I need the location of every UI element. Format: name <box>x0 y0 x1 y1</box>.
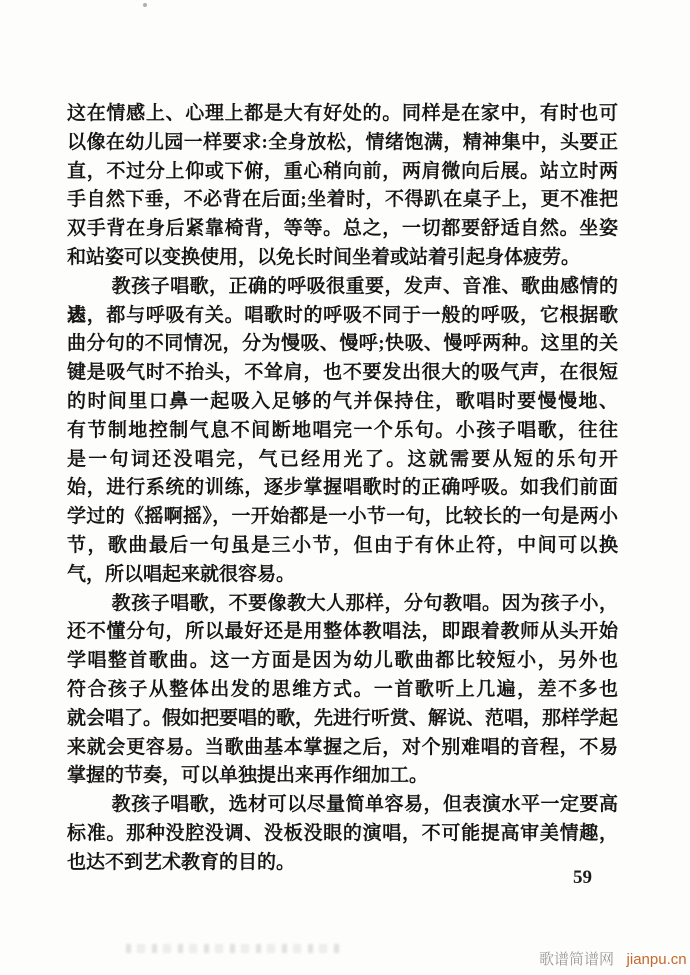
bleed-through-smudge <box>126 944 344 953</box>
text-line: 气，所以唱起来就很容易。 <box>67 561 618 590</box>
text-line: 来就会更容易。当歌曲基本掌握之后，对个别难唱的音程，不易 <box>67 734 618 763</box>
text-line: 就会唱了。假如把要唱的歌，先进行听赏、解说、范唱，那样学起 <box>67 705 618 734</box>
text-line: 双手背在身后紧靠椅背，等等。总之，一切都要舒适自然。坐姿 <box>67 215 618 244</box>
body-text: 这在情感上、心理上都是大有好处的。同样是在家中，有时也可 以像在幼儿园一样要求:… <box>67 100 618 878</box>
text-line: 符合孩子从整体出发的思维方式。一首歌听上几遍，差不多也 <box>67 676 618 705</box>
page-number: 59 <box>573 867 592 889</box>
text-line: 有节制地控制气息不间断地唱完一个乐句。小孩子唱歌，往往 <box>67 417 618 446</box>
text-line: 标准。那种没腔没调、没板没眼的演唱，不可能提高审美情趣， <box>67 820 618 849</box>
text-line: 始，进行系统的训练，逐步掌握唱歌时的正确呼吸。如我们前面 <box>67 474 618 503</box>
text-line: 以像在幼儿园一样要求:全身放松，情绪饱满，精神集中，头要正 <box>67 129 618 158</box>
text-line: 直，不过分上仰或下俯，重心稍向前，两肩微向后展。站立时两 <box>67 158 618 187</box>
text-line: 达，都与呼吸有关。唱歌时的呼吸不同于一般的呼吸，它根据歌 <box>67 302 618 331</box>
text-line: 教孩子唱歌，不要像教大人那样，分句教唱。因为孩子小， <box>67 590 618 619</box>
text-line: 曲分句的不同情况，分为慢吸、慢呼;快吸、慢呼两种。这里的关 <box>67 330 618 359</box>
text-line: 学唱整首歌曲。这一方面是因为幼儿歌曲都比较短小，另外也 <box>67 647 618 676</box>
watermark: 歌谱简谱网 jianpu.cn <box>539 948 687 969</box>
text-line: 还不懂分句，所以最好还是用整体教唱法，即跟着教师从头开始 <box>67 618 618 647</box>
watermark-space <box>618 951 622 968</box>
text-line: 节，歌曲最后一句虽是三小节，但由于有休止符，中间可以换 <box>67 532 618 561</box>
text-line: 和站姿可以变换使用，以免长时间坐着或站着引起身体疲劳。 <box>67 244 618 273</box>
text-line: 手自然下垂，不必背在后面;坐着时，不得趴在桌子上，更不准把 <box>67 186 618 215</box>
text-line: 这在情感上、心理上都是大有好处的。同样是在家中，有时也可 <box>67 100 618 129</box>
text-line: 键是吸气时不抬头，不耸肩，也不要发出很大的吸气声，在很短 <box>67 359 618 388</box>
text-line: 学过的《摇啊摇》，一开始都是一小节一句，比较长的一句是两小 <box>67 503 618 532</box>
text-line: 教孩子唱歌，正确的呼吸很重要，发声、音准、歌曲感情的表 <box>67 273 618 302</box>
scan-speck <box>143 3 147 7</box>
watermark-domain: jianpu.cn <box>627 951 687 968</box>
text-line: 掌握的节奏，可以单独提出来再作细加工。 <box>67 762 618 791</box>
text-line: 也达不到艺术教育的目的。 <box>67 849 618 878</box>
book-page: 这在情感上、心理上都是大有好处的。同样是在家中，有时也可 以像在幼儿园一样要求:… <box>0 0 690 975</box>
watermark-site-name: 歌谱简谱网 <box>539 951 614 968</box>
text-line: 教孩子唱歌，选材可以尽量简单容易，但表演水平一定要高 <box>67 791 618 820</box>
text-line: 是一句词还没唱完，气已经用光了。这就需要从短的乐句开 <box>67 446 618 475</box>
text-line: 的时间里口鼻一起吸入足够的气并保持住，歌唱时要慢慢地、 <box>67 388 618 417</box>
